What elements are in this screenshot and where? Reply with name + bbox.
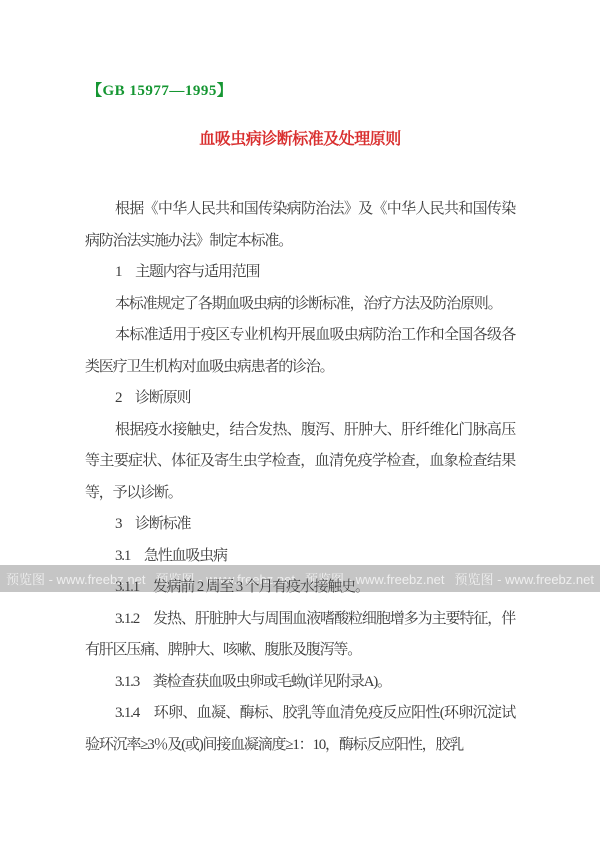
paragraph-diagnosis-principle: 根据疫水接触史，结合发热、腹泻、肝肿大、肝纤维化门脉高压等主要症状、体征及寄生虫…: [85, 415, 515, 510]
watermark-band: 预览图 - www.freebz.net 预览图 - www.freebz.ne…: [0, 565, 600, 592]
document-body: 根据《中华人民共和国传染病防治法》及《中华人民共和国传染病防治法实施办法》制定本…: [85, 194, 515, 761]
watermark-text: 预览图 - www.freebz.net: [156, 569, 295, 588]
watermark-text: 预览图 - www.freebz.net: [305, 569, 444, 588]
heading-section-1: 1 主题内容与适用范围: [85, 257, 515, 289]
heading-section-3: 3 诊断标准: [85, 509, 515, 541]
paragraph-item-3-1-4: 3.1.4 环卵、血凝、酶标、胶乳等血清免疫反应阳性(环卵沉淀试验环沉率≥3％及…: [85, 698, 515, 761]
document-title: 血吸虫病诊断标准及处理原则: [0, 126, 600, 149]
paragraph-scope-2: 本标准适用于疫区专业机构开展血吸虫病防治工作和全国各级各类医疗卫生机构对血吸虫病…: [85, 320, 515, 383]
standard-code-label: 【GB 15977—1995】: [87, 79, 232, 100]
paragraph-item-3-1-3: 3.1.3 粪检查获血吸虫卵或毛蚴(详见附录A)。: [85, 667, 515, 699]
watermark-text: 预览图 - www.freebz.net: [6, 569, 145, 588]
paragraph-item-3-1-2: 3.1.2 发热、肝脏肿大与周围血液嗜酸粒细胞增多为主要特征，伴有肝区压痛、脾肿…: [85, 604, 515, 667]
paragraph-scope-1: 本标准规定了各期血吸虫病的诊断标准，治疗方法及防治原则。: [85, 289, 515, 321]
document-page: 【GB 15977—1995】 血吸虫病诊断标准及处理原则 根据《中华人民共和国…: [0, 0, 600, 848]
paragraph-intro: 根据《中华人民共和国传染病防治法》及《中华人民共和国传染病防治法实施办法》制定本…: [85, 194, 515, 257]
heading-section-2: 2 诊断原则: [85, 383, 515, 415]
watermark-text: 预览图 - www.freebz.net: [455, 569, 594, 588]
